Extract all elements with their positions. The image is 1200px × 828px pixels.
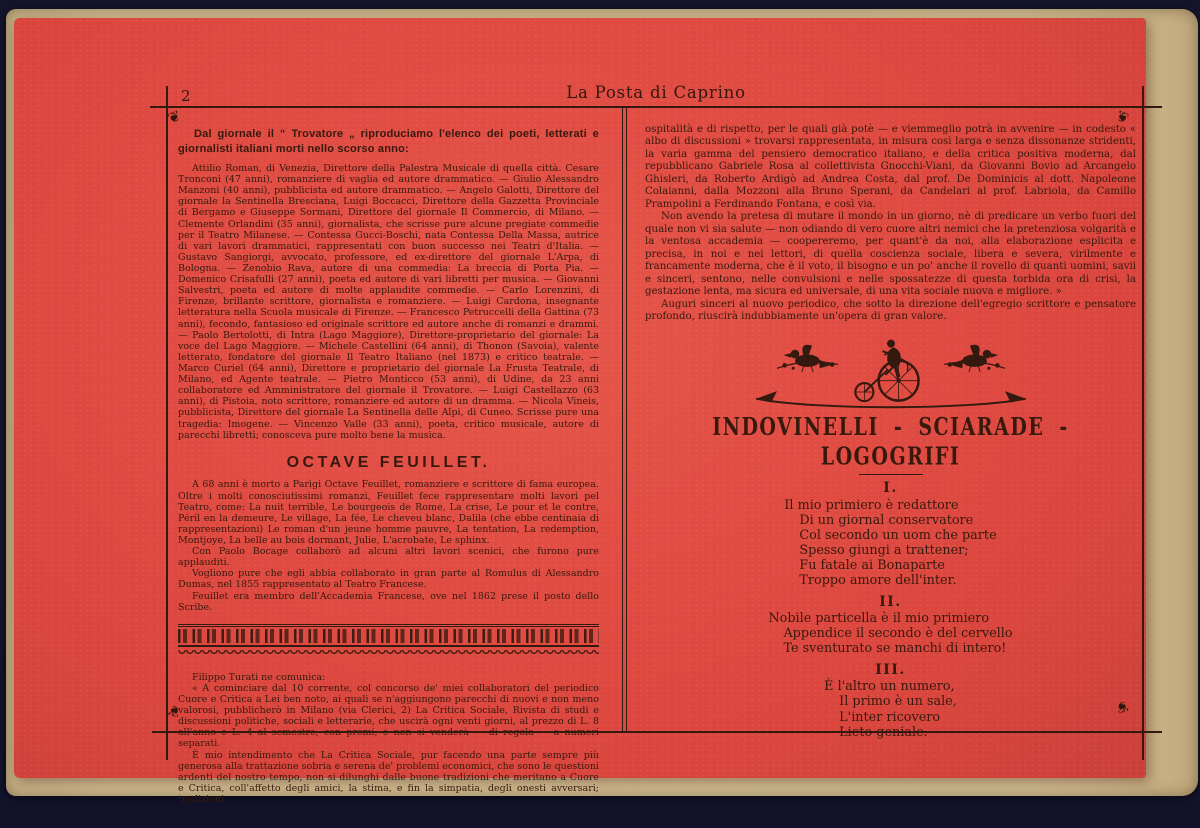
riddle-3-verse: È l'altro un numero,Il primo è un sale,L… bbox=[824, 679, 957, 739]
ornamental-border-band-icon bbox=[178, 624, 599, 647]
verse-line: Te sventurato se manchi di intero! bbox=[768, 641, 1012, 656]
riddle-2-numeral: II. bbox=[645, 594, 1136, 612]
riddle-2-verse: Nobile particella è il mio primieroAppen… bbox=[768, 611, 1012, 656]
left-frame-rule bbox=[166, 86, 168, 760]
riddle-3-numeral: III. bbox=[645, 662, 1136, 680]
verse-line: Nobile particella è il mio primiero bbox=[768, 611, 1012, 626]
verse-line: Il primo è un sale, bbox=[824, 694, 957, 709]
penny-farthing-rider-with-birds-icon bbox=[645, 336, 1136, 416]
riddle-1: I. Il mio primiero è redattoreDi un gior… bbox=[645, 480, 1136, 588]
verse-line: Troppo amore dell'inter. bbox=[784, 573, 996, 588]
paragraph: A 68 anni è morto a Parigi Octave Feuill… bbox=[178, 479, 599, 546]
verse-line: Col secondo un uom che parte bbox=[784, 528, 996, 543]
paragraph: Vogliono pure che egli abbia collaborato… bbox=[178, 568, 599, 590]
verse-line: Spesso giungi a trattener; bbox=[784, 543, 996, 558]
right-frame-rule bbox=[1142, 86, 1144, 760]
paragraph: Con Paolo Bocage collaborò ad alcuni alt… bbox=[178, 546, 599, 568]
paragraph: Auguri sinceri al nuovo periodico, che s… bbox=[645, 299, 1136, 324]
verse-line: Appendice il secondo è del cervello bbox=[768, 626, 1012, 641]
verse-line: Lieto geniale. bbox=[824, 725, 957, 740]
newspaper-title: La Posta di Caprino bbox=[150, 83, 1162, 102]
turati-announcement: Filippo Turati ne comunica: « A comincia… bbox=[178, 672, 599, 805]
column-divider-rule bbox=[626, 108, 627, 731]
column-divider-rule bbox=[622, 108, 623, 731]
riddle-1-verse: Il mio primiero è redattoreDi un giornal… bbox=[784, 498, 996, 589]
puzzles-section-heading: INDOVINELLI - SCIARADE - LOGOGRIFI bbox=[645, 414, 1136, 474]
riddle-3: III. È l'altro un numero,Il primo è un s… bbox=[645, 662, 1136, 740]
riddle-2: II. Nobile particella è il mio primieroA… bbox=[645, 594, 1136, 657]
necrology-intro-heading: Dal giornale il “ Trovatore „ riproducia… bbox=[178, 127, 599, 156]
turati-intro-line: Filippo Turati ne comunica: bbox=[178, 672, 599, 683]
verse-line: Di un giornal conservatore bbox=[784, 513, 996, 528]
left-column: Dal giornale il “ Trovatore „ riproducia… bbox=[178, 127, 599, 805]
scanned-newspaper-page: 2 La Posta di Caprino ❦ ❦ ❦ ❦ Dal giorna… bbox=[0, 0, 1200, 828]
heading-underline-rule bbox=[859, 474, 923, 476]
paragraph: « A cominciare dal 10 corrente, col conc… bbox=[178, 683, 599, 750]
verse-line: Fu fatale ai Bonaparte bbox=[784, 558, 996, 573]
paragraph: Non avendo la pretesa di mutare il mondo… bbox=[645, 211, 1136, 298]
editorial-continuation: ospitalità e di rispetto, per le quali g… bbox=[645, 124, 1136, 324]
feuillet-obituary: A 68 anni è morto a Parigi Octave Feuill… bbox=[178, 479, 599, 612]
verse-line: È l'altro un numero, bbox=[824, 679, 957, 694]
paragraph: ospitalità e di rispetto, per le quali g… bbox=[645, 124, 1136, 211]
octave-feuillet-heading: OCTAVE FEUILLET. bbox=[178, 454, 599, 473]
top-frame-rule bbox=[150, 106, 1162, 108]
right-column: ospitalità e di rispetto, per le quali g… bbox=[645, 124, 1136, 740]
necrology-list-paragraph: Attilio Roman, di Venezia, Direttore del… bbox=[178, 163, 599, 441]
penny-farthing-ornament-drawing bbox=[741, 336, 1041, 412]
riddle-1-numeral: I. bbox=[645, 480, 1136, 498]
wavy-divider-icon bbox=[178, 650, 599, 657]
verse-line: Il mio primiero è redattore bbox=[784, 498, 996, 513]
paragraph: È mio intendimento che La Critica Social… bbox=[178, 750, 599, 806]
paragraph: Feuillet era membro dell'Accademia Franc… bbox=[178, 591, 599, 613]
verse-line: L'inter ricovero bbox=[824, 710, 957, 725]
